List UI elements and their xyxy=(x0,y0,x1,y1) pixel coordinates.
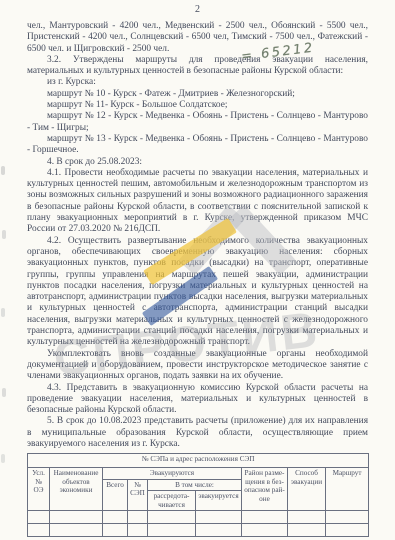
col-header-route: Маршрут xyxy=(326,468,369,511)
table-empty-cell xyxy=(242,510,288,523)
table-empty-cell xyxy=(326,523,369,536)
table-empty-cell xyxy=(148,510,196,523)
paragraph-4-2: 4.2. Осуществить развертывание необходим… xyxy=(27,236,368,349)
route-11: маршрут № 11- Курск - Большое Солдатское… xyxy=(27,100,368,111)
table-empty-cell xyxy=(242,523,288,536)
line-deadline-4: 4. В срок до 25.08.2023: xyxy=(27,157,368,168)
table-empty-row xyxy=(28,523,369,536)
table-empty-cell xyxy=(28,510,50,523)
col-header-including: В том числе: xyxy=(148,479,242,490)
paragraph-3-2: 3.2. Утверждены маршруты для проведения … xyxy=(27,55,368,78)
line-from-kursk: из г. Курска: xyxy=(27,77,368,88)
paragraph-staffing: Укомплектовать вновь созданные эвакуацио… xyxy=(27,349,368,383)
table-empty-cell xyxy=(196,510,242,523)
scanned-document-page: 2 чел., Мантуровский - 4200 чел., Медвен… xyxy=(0,0,395,540)
table-empty-cell xyxy=(28,523,50,536)
table-empty-cell xyxy=(288,523,326,536)
table-empty-cell xyxy=(326,510,369,523)
col-header-evacuated: эвакуируется xyxy=(196,491,242,511)
route-13: маршрут № 13 - Курск - Медвенка - Обоянь… xyxy=(27,134,368,157)
col-header-usl-num: Усл. № ОЭ xyxy=(28,468,50,511)
table-empty-row xyxy=(28,510,369,523)
table-empty-cell xyxy=(196,523,242,536)
col-header-method: Способ эвакуации xyxy=(288,468,326,511)
paragraph-5: 5. В срок до 10.08.2023 представить расч… xyxy=(27,416,368,450)
paragraph-4-1: 4.1. Провести необходимые расчеты по эва… xyxy=(27,168,368,236)
route-10: маршрут № 10 - Курск - Фатеж - Дмитриев … xyxy=(27,89,368,100)
table-empty-cell xyxy=(128,523,148,536)
table-empty-cell xyxy=(288,510,326,523)
col-header-object-name: Наименование объектов экономики xyxy=(50,468,103,511)
document-body: чел., Мантуровский - 4200 чел., Медвенск… xyxy=(27,21,368,450)
route-12: маршрут № 12 - Курск - Медвенка - Обоянь… xyxy=(27,111,368,134)
table-title: № СЭПа и адрес расположения СЭП xyxy=(28,454,369,468)
paragraph-population-counts: чел., Мантуровский - 4200 чел., Медвенск… xyxy=(27,21,368,55)
col-header-sep-num: № СЭП xyxy=(128,479,148,510)
table-empty-cell xyxy=(103,510,128,523)
page-number: 2 xyxy=(0,0,395,18)
table-empty-cell xyxy=(128,510,148,523)
col-header-district: Район разме- щения в без- опасном рай- о… xyxy=(242,468,288,511)
table-empty-cell xyxy=(103,523,128,536)
table-empty-cell xyxy=(50,510,103,523)
col-header-dispersed: рассредота- чивается xyxy=(148,491,196,511)
paragraph-4-3: 4.3. Представить в эвакуационную комисси… xyxy=(27,383,368,417)
scan-edge-artifacts xyxy=(1,166,5,175)
table-empty-cell xyxy=(50,523,103,536)
table-empty-cell xyxy=(148,523,196,536)
sep-assignment-table: № СЭПа и адрес расположения СЭП Усл. № О… xyxy=(27,453,369,537)
col-header-evacuated-group: Эвакуируются xyxy=(103,468,242,479)
col-header-total: Всего xyxy=(103,479,128,510)
